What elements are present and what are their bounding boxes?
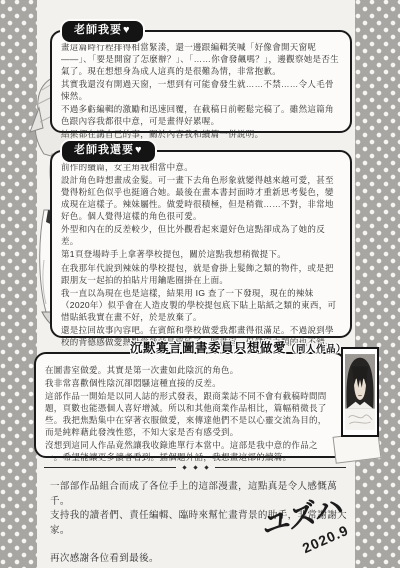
divider-diamond-icon	[182, 465, 186, 469]
section-1-title: 老師我要	[74, 24, 122, 36]
paragraph: 前作的續篇，女主角我相當中意。	[61, 161, 341, 173]
section-3-title: 沉默寡言圖書委員只想做愛	[130, 341, 286, 355]
paragraph: 第1頁登場時手上拿著學校提包，關於這點我想稍微提下。	[61, 248, 341, 260]
paragraph: 在圖書室做愛。其實是第一次畫如此陰沉的角色。	[45, 364, 335, 376]
section-divider	[44, 466, 346, 469]
closing-line: 再次感謝各位看到最後。	[50, 552, 348, 567]
paragraph: 結果都在講自己的事，關於內容我和續篇一併說明。	[61, 128, 341, 140]
divider-diamond-icon	[193, 465, 197, 469]
divider-line	[215, 467, 347, 468]
paragraph: 沒想到這同人作品竟然讓我收錄進單行本當中。這部是我中意的作品之一。希望能讓更多讀…	[45, 439, 335, 463]
polka-dot-band-right	[355, 0, 400, 568]
librarian-character-portrait	[341, 347, 379, 437]
section-teacher-i-want-more: 老師我還要♥ 前作的續篇，女主角我相當中意。 設計角色時想畫成金髮。可一畫下去角…	[50, 150, 352, 338]
divider-diamond-icon	[204, 465, 208, 469]
heart-icon: ♥	[123, 24, 131, 36]
section-library-committee-doujin: 沉默寡言圖書委員只想做愛（同人作品） 在圖書室做愛。其實是第一次畫如此陰沉的角色…	[34, 352, 346, 458]
paragraph: 設計角色時想畫成金髮。可一畫下去角色形象就變得越來越可愛，甚至覺得粉紅色似乎也挺…	[61, 174, 341, 222]
paragraph: 外型和內在的反差較少，但比外觀看起來還好色這點卻成為了她的反差。	[61, 223, 341, 247]
section-2-title: 老師我還要	[74, 144, 134, 156]
section-2-header: 老師我還要♥	[62, 141, 155, 162]
section-3-title-suffix: （同人作品）	[286, 344, 346, 355]
paragraph: 畫這篇時行程排得相當緊湊，還一邊跟編輯笑喊「好像會開天窗呢——」、「要是開窗了怎…	[61, 41, 341, 77]
paragraph: 這部作品一開始是以同人誌的形式發表，跟商業誌不同不會有截稿時間問題，頁數也能憑個…	[45, 390, 335, 438]
divider-line	[44, 467, 176, 468]
section-1-header: 老師我要♥	[62, 21, 143, 42]
paragraph: 其實我還沒有開過天窗，一想到有可能會發生就……不禁……令人毛骨悚然。	[61, 78, 341, 102]
section-3-header: 沉默寡言圖書委員只想做愛（同人作品）	[130, 340, 346, 358]
paragraph: 我非常喜歡個性陰沉卻悶騷這種直接的反差。	[45, 377, 335, 389]
section-teacher-i-want: 老師我要♥ 畫這篇時行程排得相當緊湊，還一邊跟編輯笑喊「好像會開天窗呢——」、「…	[50, 30, 352, 133]
paragraph: 在我那年代說到辣妹的學校提包，就是會掛上髮飾之類的物件，或是把跟朋友一起拍的拍貼…	[61, 262, 341, 286]
heart-icon: ♥	[135, 144, 143, 156]
paragraph: 不過多虧編輯的激勵和迅速回覆，在截稿日前輕鬆完稿了。雖然這篇角色跟內容我都很中意…	[61, 103, 341, 127]
paragraph: 我一直以為現在也是這樣，結果用 IG 查了一下發現，現在的辣妹（2020年）似乎…	[61, 287, 341, 323]
afterword-page: 老師我要♥ 畫這篇時行程排得相當緊湊，還一邊跟編輯笑喊「好像會開天窗呢——」、「…	[0, 0, 400, 568]
